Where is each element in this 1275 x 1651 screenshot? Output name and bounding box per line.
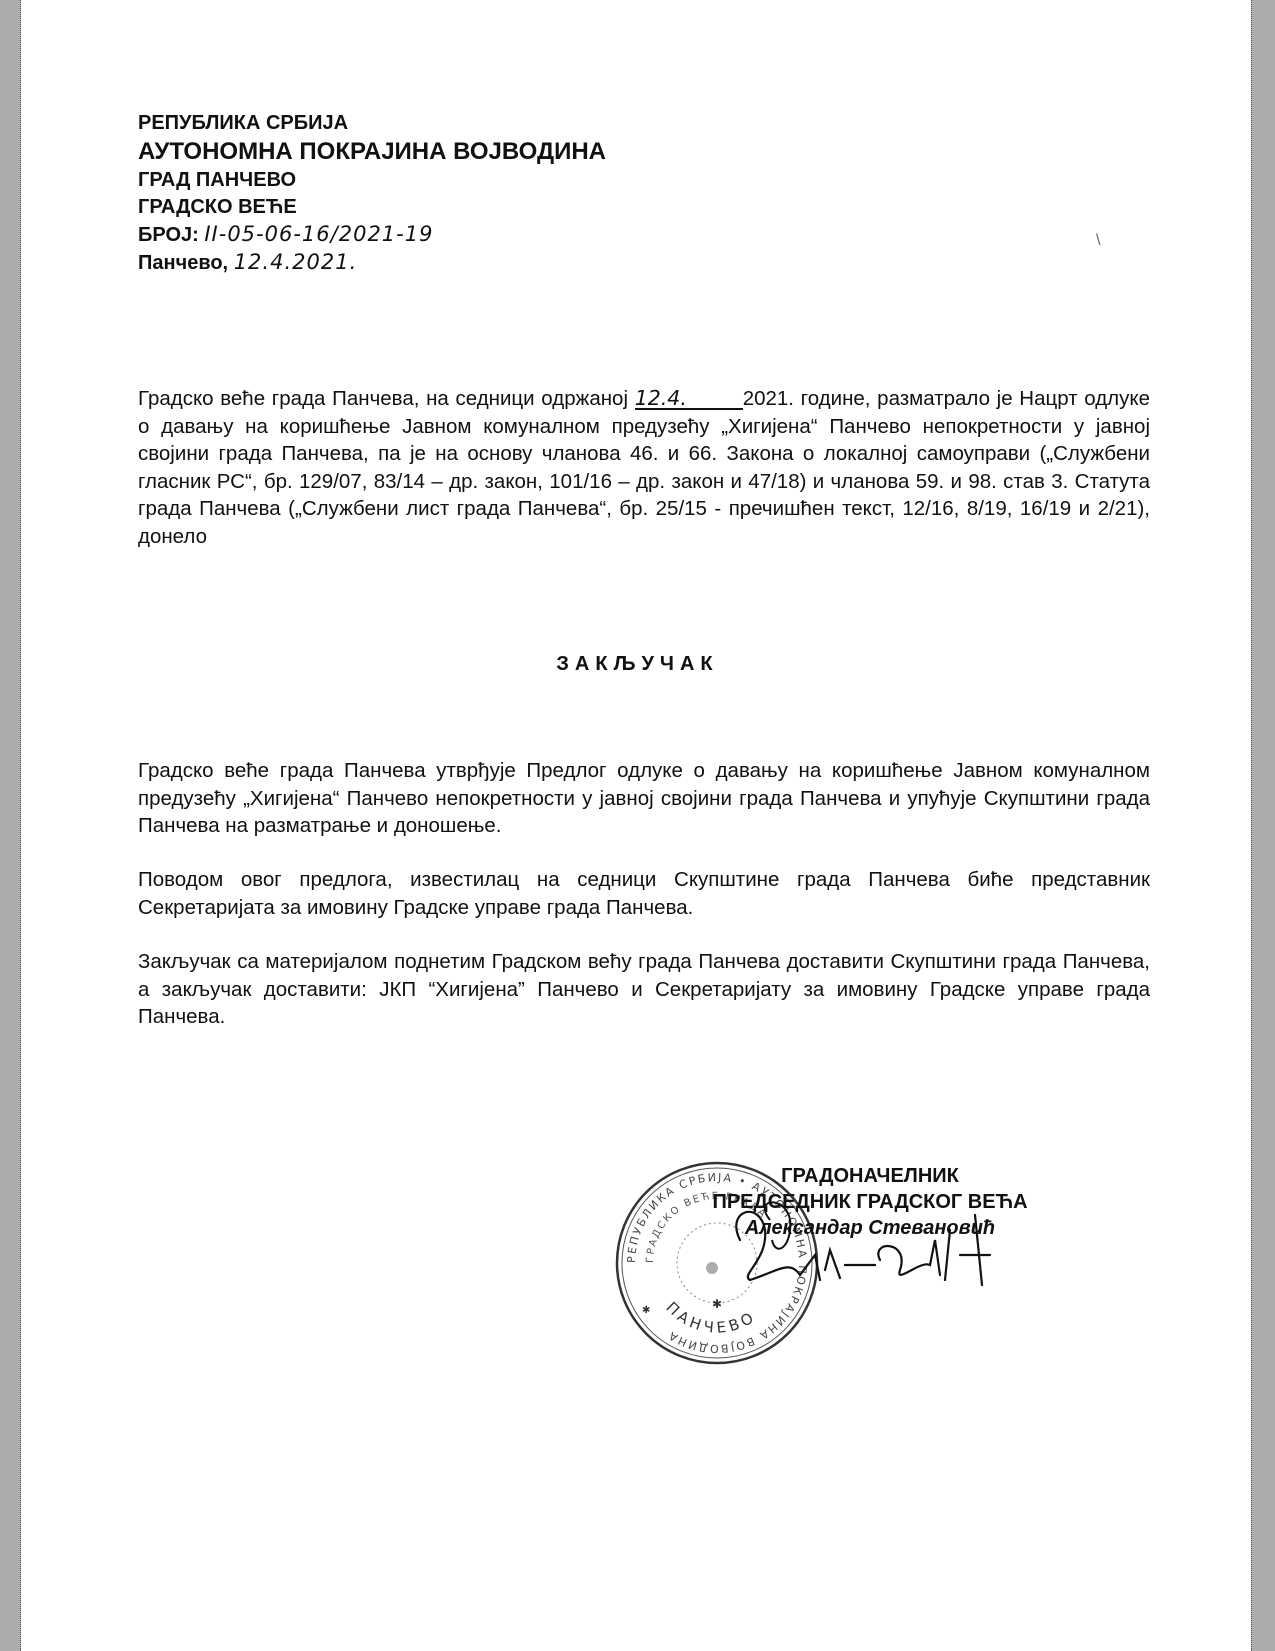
body-paragraph-1: Градско веће града Панчева утврђује Пред… bbox=[138, 757, 1150, 840]
intro-part1: Градско веће града Панчева, на седници о… bbox=[138, 387, 635, 410]
header-number: БРОЈ: II-05-06-16/2021-19 bbox=[138, 221, 606, 249]
signature-title-mayor: ГРАДОНАЧЕЛНИК bbox=[640, 1163, 1100, 1189]
place-label: Панчево, bbox=[138, 252, 228, 274]
handwritten-signature-icon bbox=[720, 1200, 1020, 1290]
number-value: II-05-06-16/2021-19 bbox=[204, 222, 433, 246]
header-republic: РЕПУБЛИКА СРБИЈА bbox=[138, 110, 606, 137]
scan-border-left bbox=[0, 0, 21, 1651]
session-date-field: 12.4. bbox=[635, 388, 743, 410]
intro-part2: 2021. године, разматрало је Нацрт одлуке… bbox=[138, 387, 1150, 548]
number-label: БРОЈ: bbox=[138, 224, 199, 246]
body-paragraph-3: Закључак са материјалом поднетим Градско… bbox=[138, 948, 1150, 1031]
svg-text:✱: ✱ bbox=[642, 1305, 650, 1316]
header-council: ГРАДСКО ВЕЋЕ bbox=[138, 194, 606, 221]
document-header: РЕПУБЛИКА СРБИЈА АУТОНОМНА ПОКРАЈИНА ВОЈ… bbox=[138, 110, 606, 277]
svg-text:✱: ✱ bbox=[712, 1297, 722, 1311]
scan-border-right bbox=[1251, 0, 1275, 1651]
header-place-date: Панчево, 12.4.2021. bbox=[138, 249, 606, 277]
header-city: ГРАД ПАНЧЕВО bbox=[138, 167, 606, 194]
intro-paragraph: Градско веће града Панчева, на седници о… bbox=[138, 385, 1150, 550]
scan-mark: \ bbox=[1096, 232, 1100, 250]
body-paragraph-2: Поводом овог предлога, известилац на сед… bbox=[138, 866, 1150, 921]
document-title: ЗАКЉУЧАК bbox=[0, 653, 1275, 676]
header-province: АУТОНОМНА ПОКРАЈИНА ВОЈВОДИНА bbox=[138, 137, 606, 167]
date-value: 12.4.2021. bbox=[234, 250, 358, 274]
